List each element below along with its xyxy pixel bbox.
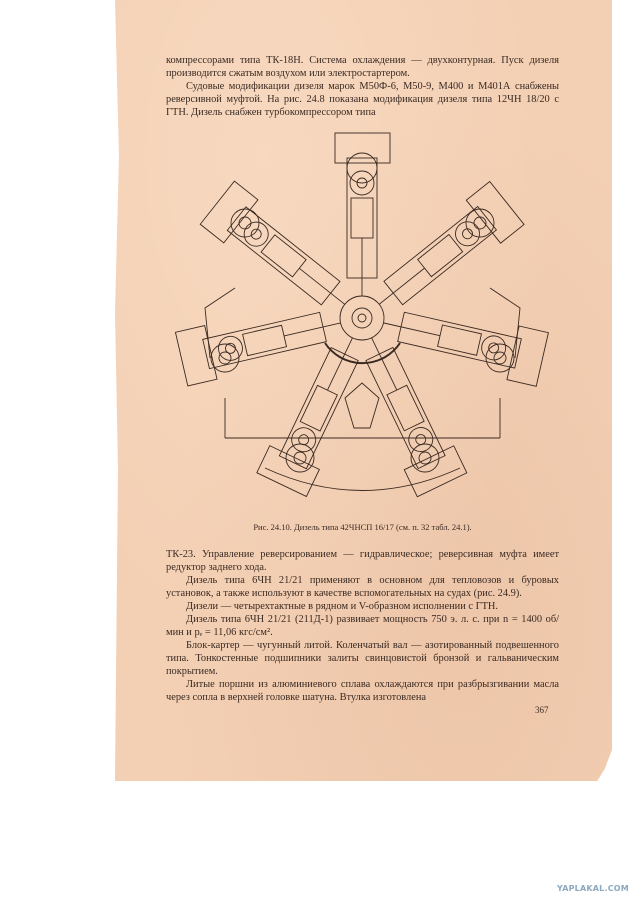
paragraph: Дизель типа 6ЧН 21/21 (211Д-1) развивает…: [166, 613, 559, 639]
page-number: 367: [535, 705, 549, 715]
watermark: YAPLAKAL.COM: [557, 884, 629, 893]
top-text-block: компрессорами типа ТК-18Н. Система охлаж…: [166, 54, 559, 119]
paragraph: Дизели — четырехтактные в рядном и V-обр…: [166, 600, 559, 613]
paragraph: Литые поршни из алюминиевого сплава охла…: [166, 678, 559, 704]
paragraph: ТК-23. Управление реверсированием — гидр…: [166, 548, 559, 574]
paragraph: Блок-картер — чугунный литой. Коленчатый…: [166, 639, 559, 678]
paragraph: Дизель типа 6ЧН 21/21 применяют в основн…: [166, 574, 559, 600]
engine-drawing-figure: [165, 128, 560, 513]
paragraph: компрессорами типа ТК-18Н. Система охлаж…: [166, 54, 559, 80]
paragraph: Судовые модификации дизеля марок М50Ф-6,…: [166, 80, 559, 119]
figure-caption: Рис. 24.10. Дизель типа 42ЧНСП 16/17 (см…: [166, 522, 559, 532]
bottom-text-block: ТК-23. Управление реверсированием — гидр…: [166, 548, 559, 704]
